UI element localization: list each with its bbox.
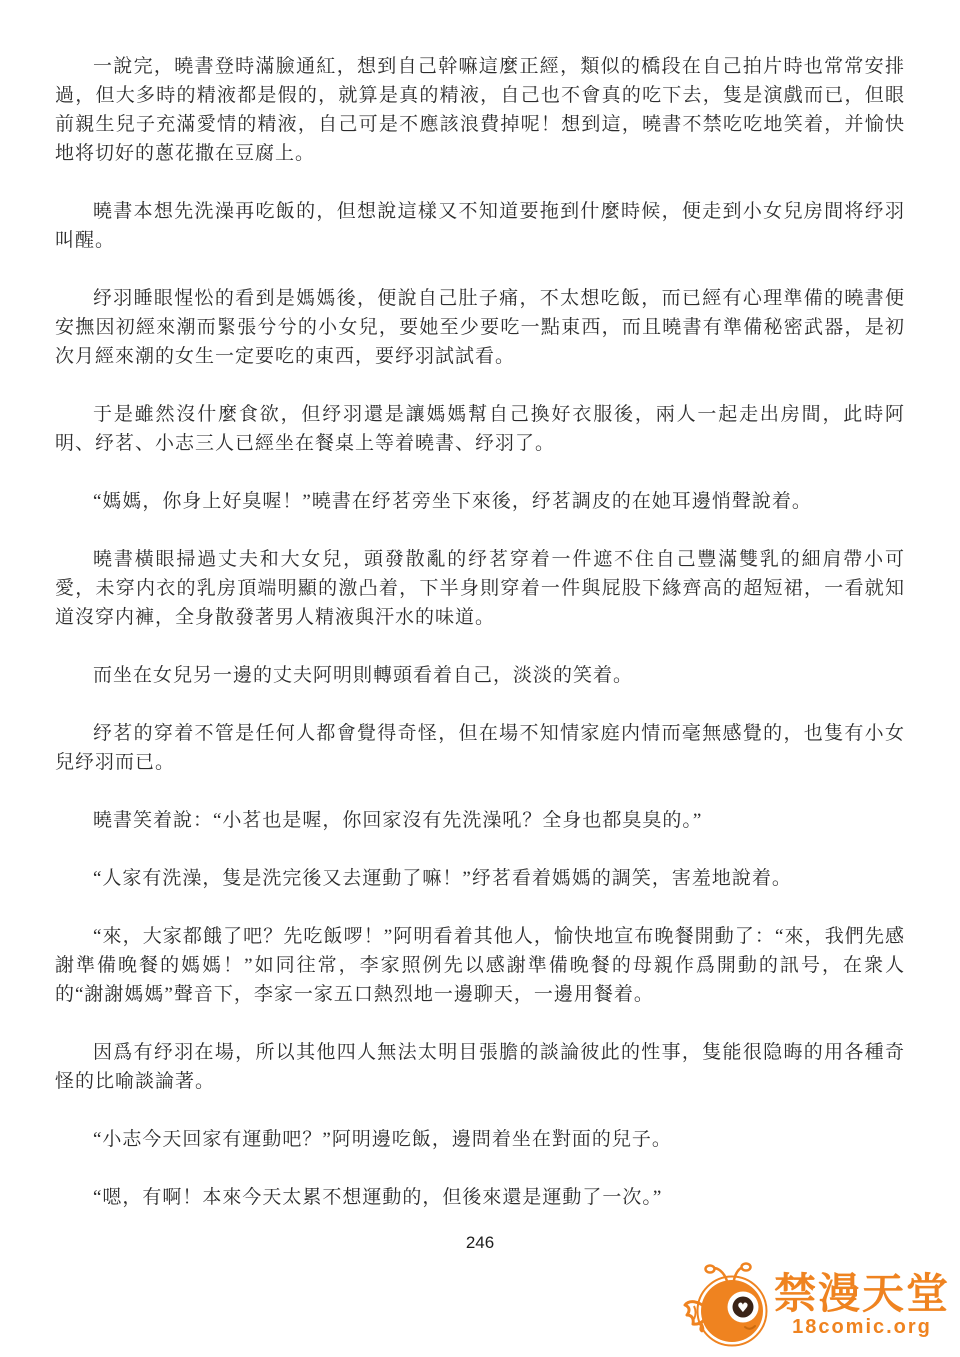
paragraph: 于是雖然沒什麼食欲，但纾羽還是讓媽媽幫自己換好衣服後，兩人一起走出房間，此時阿明… xyxy=(55,400,905,458)
paragraph: 一說完，曉書登時滿臉通紅，想到自己幹嘛這麼正經，類似的橋段在自己拍片時也常常安排… xyxy=(55,52,905,168)
paragraph: 纾茗的穿着不管是任何人都會覺得奇怪，但在場不知情家庭内情而毫無感覺的，也隻有小女… xyxy=(55,719,905,777)
watermark-text: 禁漫天堂 18comic.org xyxy=(774,1272,950,1337)
paragraph: 纾羽睡眼惺忪的看到是媽媽後，便說自己肚子痛，不太想吃飯，而已經有心理準備的曉書便… xyxy=(55,284,905,371)
page-number: 246 xyxy=(0,1233,960,1253)
paragraph: 因爲有纾羽在場，所以其他四人無法太明目張膽的談論彼此的性事，隻能很隐晦的用各種奇… xyxy=(55,1038,905,1096)
watermark-logo: ♥ 禁漫天堂 18comic.org xyxy=(682,1259,950,1349)
heart-icon: ♥ xyxy=(737,1301,749,1316)
paragraph: “來，大家都餓了吧？先吃飯啰！”阿明看着其他人，愉快地宣布晚餐開動了：“來，我們… xyxy=(55,922,905,1009)
paragraph: “媽媽，你身上好臭喔！”曉書在纾茗旁坐下來後，纾茗調皮的在她耳邊悄聲說着。 xyxy=(55,487,905,516)
whale-heart-eye-icon: ♥ xyxy=(682,1259,772,1349)
sprout-left-leaf xyxy=(705,1266,714,1273)
document-page: 一說完，曉書登時滿臉通紅，想到自己幹嘛這麼正經，類似的橋段在自己拍片時也常常安排… xyxy=(0,0,960,1357)
page-content: 一說完，曉書登時滿臉通紅，想到自己幹嘛這麼正經，類似的橋段在自己拍片時也常常安排… xyxy=(55,52,905,1241)
paragraph: 曉書本想先洗澡再吃飯的，但想說這樣又不知道要拖到什麼時候，便走到小女兒房間将纾羽… xyxy=(55,197,905,255)
paragraph: 曉書笑着說：“小茗也是喔，你回家沒有先洗澡吼？全身也都臭臭的。” xyxy=(55,806,905,835)
watermark-brand-text: 禁漫天堂 xyxy=(774,1272,950,1316)
watermark-site-text: 18comic.org xyxy=(792,1317,932,1337)
paragraph: “嗯，有啊！本來今天太累不想運動的，但後來還是運動了一次。” xyxy=(55,1183,905,1212)
paragraph: 而坐在女兒另一邊的丈夫阿明則轉頭看着自己，淡淡的笑着。 xyxy=(55,661,905,690)
paragraph: “小志今天回家有運動吧？”阿明邊吃飯，邊問着坐在對面的兒子。 xyxy=(55,1125,905,1154)
paragraph: 曉書橫眼掃過丈夫和大女兒，頭發散亂的纾茗穿着一件遮不住自己豐滿雙乳的細肩帶小可愛… xyxy=(55,545,905,632)
sprout-right-leaf xyxy=(741,1264,750,1271)
paragraph: “人家有洗澡，隻是洗完後又去運動了嘛！”纾茗看着媽媽的調笑，害羞地說着。 xyxy=(55,864,905,893)
